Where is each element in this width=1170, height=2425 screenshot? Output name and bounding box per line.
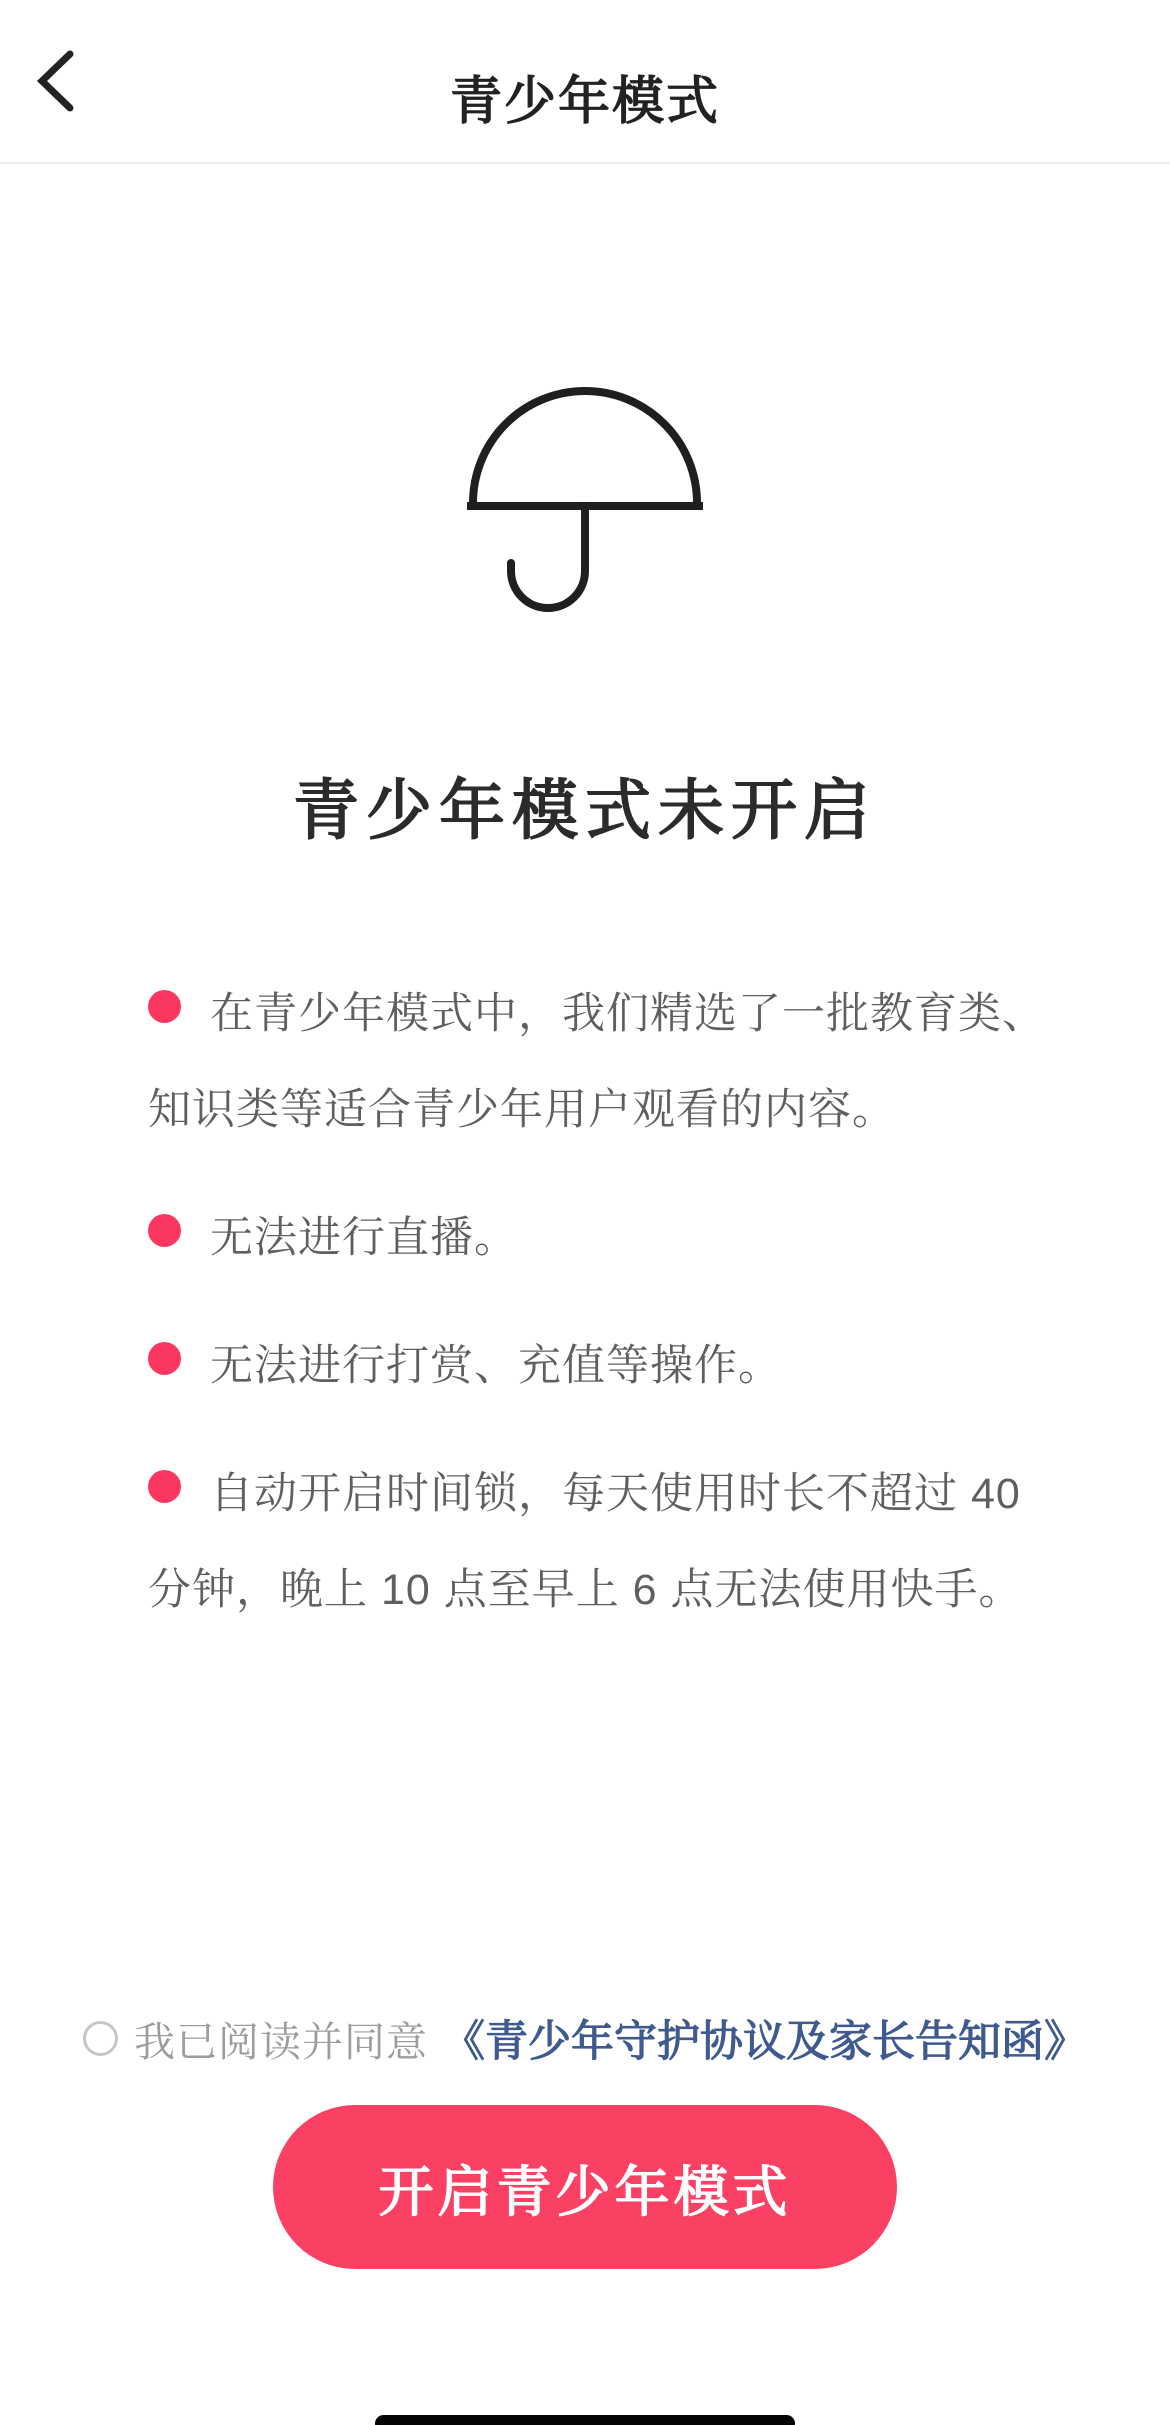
list-item: 自动开启时间锁，每天使用时长不超过 40 分钟，晚上 10 点至早上 6 点无法… [148,1446,1070,1638]
agreement-label: 我已阅读并同意 [134,2009,428,2068]
bullet-text: 无法进行打赏、充值等操作。 [210,1342,782,1390]
home-indicator-handle[interactable] [375,2415,795,2425]
bullet-text: 无法进行直播。 [210,1214,518,1262]
chevron-left-icon [34,48,78,114]
agreement-link[interactable]: 《青少年守护协议及家长告知函》 [442,2008,1087,2069]
agreement-radio[interactable] [83,2021,118,2056]
list-item: 无法进行打赏、充值等操作。 [148,1318,1070,1414]
agreement-row: 我已阅读并同意 《青少年守护协议及家长告知函》 [0,2008,1170,2069]
nav-bar: 青少年模式 [0,0,1170,164]
bullet-text: 在青少年模式中，我们精选了一批教育类、知识类等适合青少年用户观看的内容。 [148,990,1046,1134]
enable-teen-mode-button[interactable]: 开启青少年模式 [273,2105,897,2269]
bullet-dot-icon [148,990,181,1023]
umbrella-icon [463,379,707,631]
list-item: 无法进行直播。 [148,1190,1070,1286]
bullet-dot-icon [148,1470,181,1503]
page-title: 青少年模式 [450,29,720,134]
bullet-dot-icon [148,1214,181,1247]
bullet-dot-icon [148,1342,181,1375]
list-item: 在青少年模式中，我们精选了一批教育类、知识类等适合青少年用户观看的内容。 [148,966,1070,1158]
status-headline: 青少年模式未开启 [0,757,1170,852]
bullet-text: 自动开启时间锁，每天使用时长不超过 40 分钟，晚上 10 点至早上 6 点无法… [148,1470,1023,1614]
back-button[interactable] [34,36,114,126]
teen-mode-screen: 青少年模式 青少年模式未开启 在青少年模式中，我们精选了一批教育类、知识类等适合… [0,0,1170,2425]
feature-list: 在青少年模式中，我们精选了一批教育类、知识类等适合青少年用户观看的内容。 无法进… [148,966,1070,1638]
